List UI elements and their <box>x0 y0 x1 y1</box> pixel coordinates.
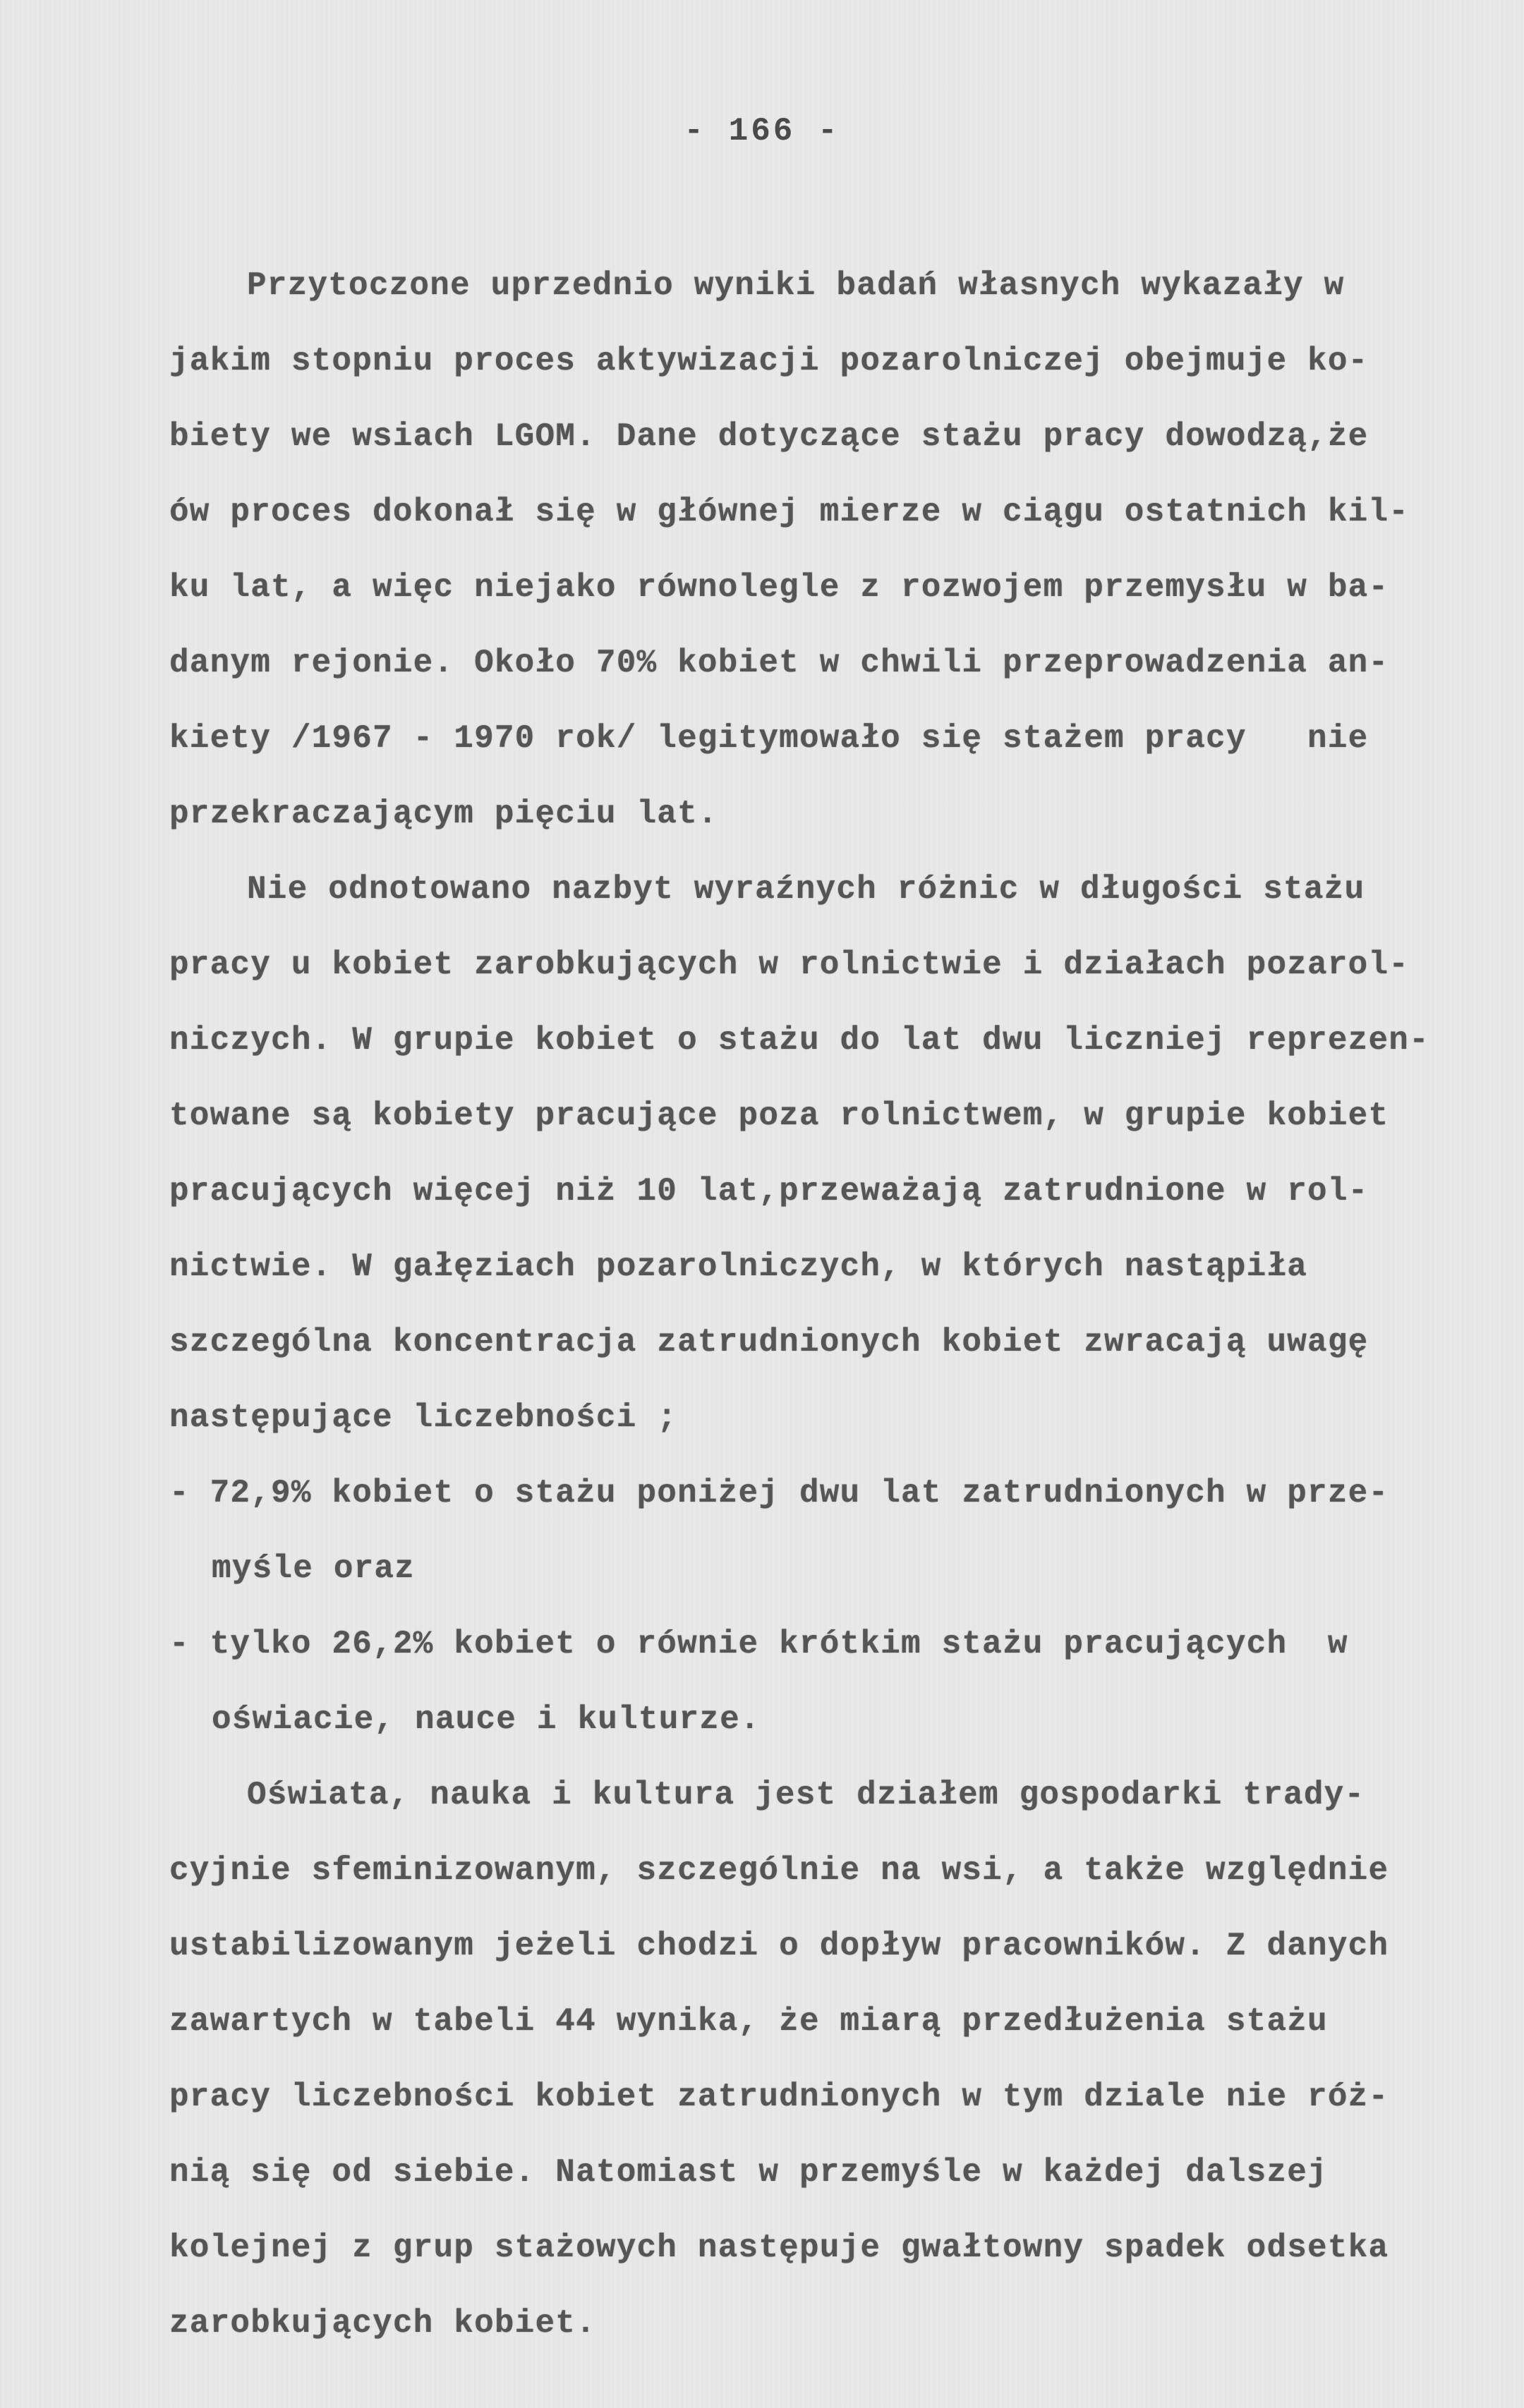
text-line: pracy u kobiet zarobkujących w rolnictwi… <box>169 944 1510 1019</box>
text-line: ów proces dokonał się w głównej mierze w… <box>169 491 1510 566</box>
text-line: oświacie, nauce i kulturze. <box>169 1698 1510 1774</box>
text-line: danym rejonie. Około 70% kobiet w chwili… <box>169 642 1510 717</box>
text-line: - 72,9% kobiet o stażu poniżej dwu lat z… <box>169 1472 1510 1547</box>
text-line: pracujących więcej niż 10 lat,przeważają… <box>169 1170 1510 1246</box>
body-text: Przytoczone uprzednio wyniki badań własn… <box>169 264 1510 2378</box>
page-number: - 166 - <box>0 113 1524 150</box>
text-line: ku lat, a więc niejako równolegle z rozw… <box>169 566 1510 642</box>
text-line: towane są kobiety pracujące poza rolnict… <box>169 1095 1510 1170</box>
text-line: kolejnej z grup stażowych następuje gwał… <box>169 2227 1510 2302</box>
text-line: - tylko 26,2% kobiet o równie krótkim st… <box>169 1623 1510 1698</box>
text-line: przekraczającym pięciu lat. <box>169 793 1510 868</box>
text-line: cyjnie sfeminizowanym, szczególnie na ws… <box>169 1849 1510 1925</box>
text-line: nią się od siebie. Natomiast w przemyśle… <box>169 2151 1510 2227</box>
text-line: Nie odnotowano nazbyt wyraźnych różnic w… <box>169 868 1510 944</box>
text-line: zawartych w tabeli 44 wynika, że miarą p… <box>169 2000 1510 2076</box>
text-line: szczególna koncentracja zatrudnionych ko… <box>169 1321 1510 1397</box>
text-line: nictwie. W gałęziach pozarolniczych, w k… <box>169 1246 1510 1321</box>
text-line: zarobkujących kobiet. <box>169 2302 1510 2378</box>
text-line: kiety /1967 - 1970 rok/ legitymowało się… <box>169 717 1510 793</box>
text-line: jakim stopniu proces aktywizacji pozarol… <box>169 340 1510 415</box>
text-line: pracy liczebności kobiet zatrudnionych w… <box>169 2076 1510 2151</box>
text-line: ustabilizowanym jeżeli chodzi o dopływ p… <box>169 1925 1510 2000</box>
text-line: biety we wsiach LGOM. Dane dotyczące sta… <box>169 415 1510 491</box>
text-line: Przytoczone uprzednio wyniki badań własn… <box>169 264 1510 340</box>
text-line: myśle oraz <box>169 1547 1510 1623</box>
text-line: niczych. W grupie kobiet o stażu do lat … <box>169 1019 1510 1095</box>
text-line: Oświata, nauka i kultura jest działem go… <box>169 1774 1510 1849</box>
document-page: - 166 - Przytoczone uprzednio wyniki bad… <box>0 0 1524 2408</box>
text-line: następujące liczebności ; <box>169 1397 1510 1472</box>
